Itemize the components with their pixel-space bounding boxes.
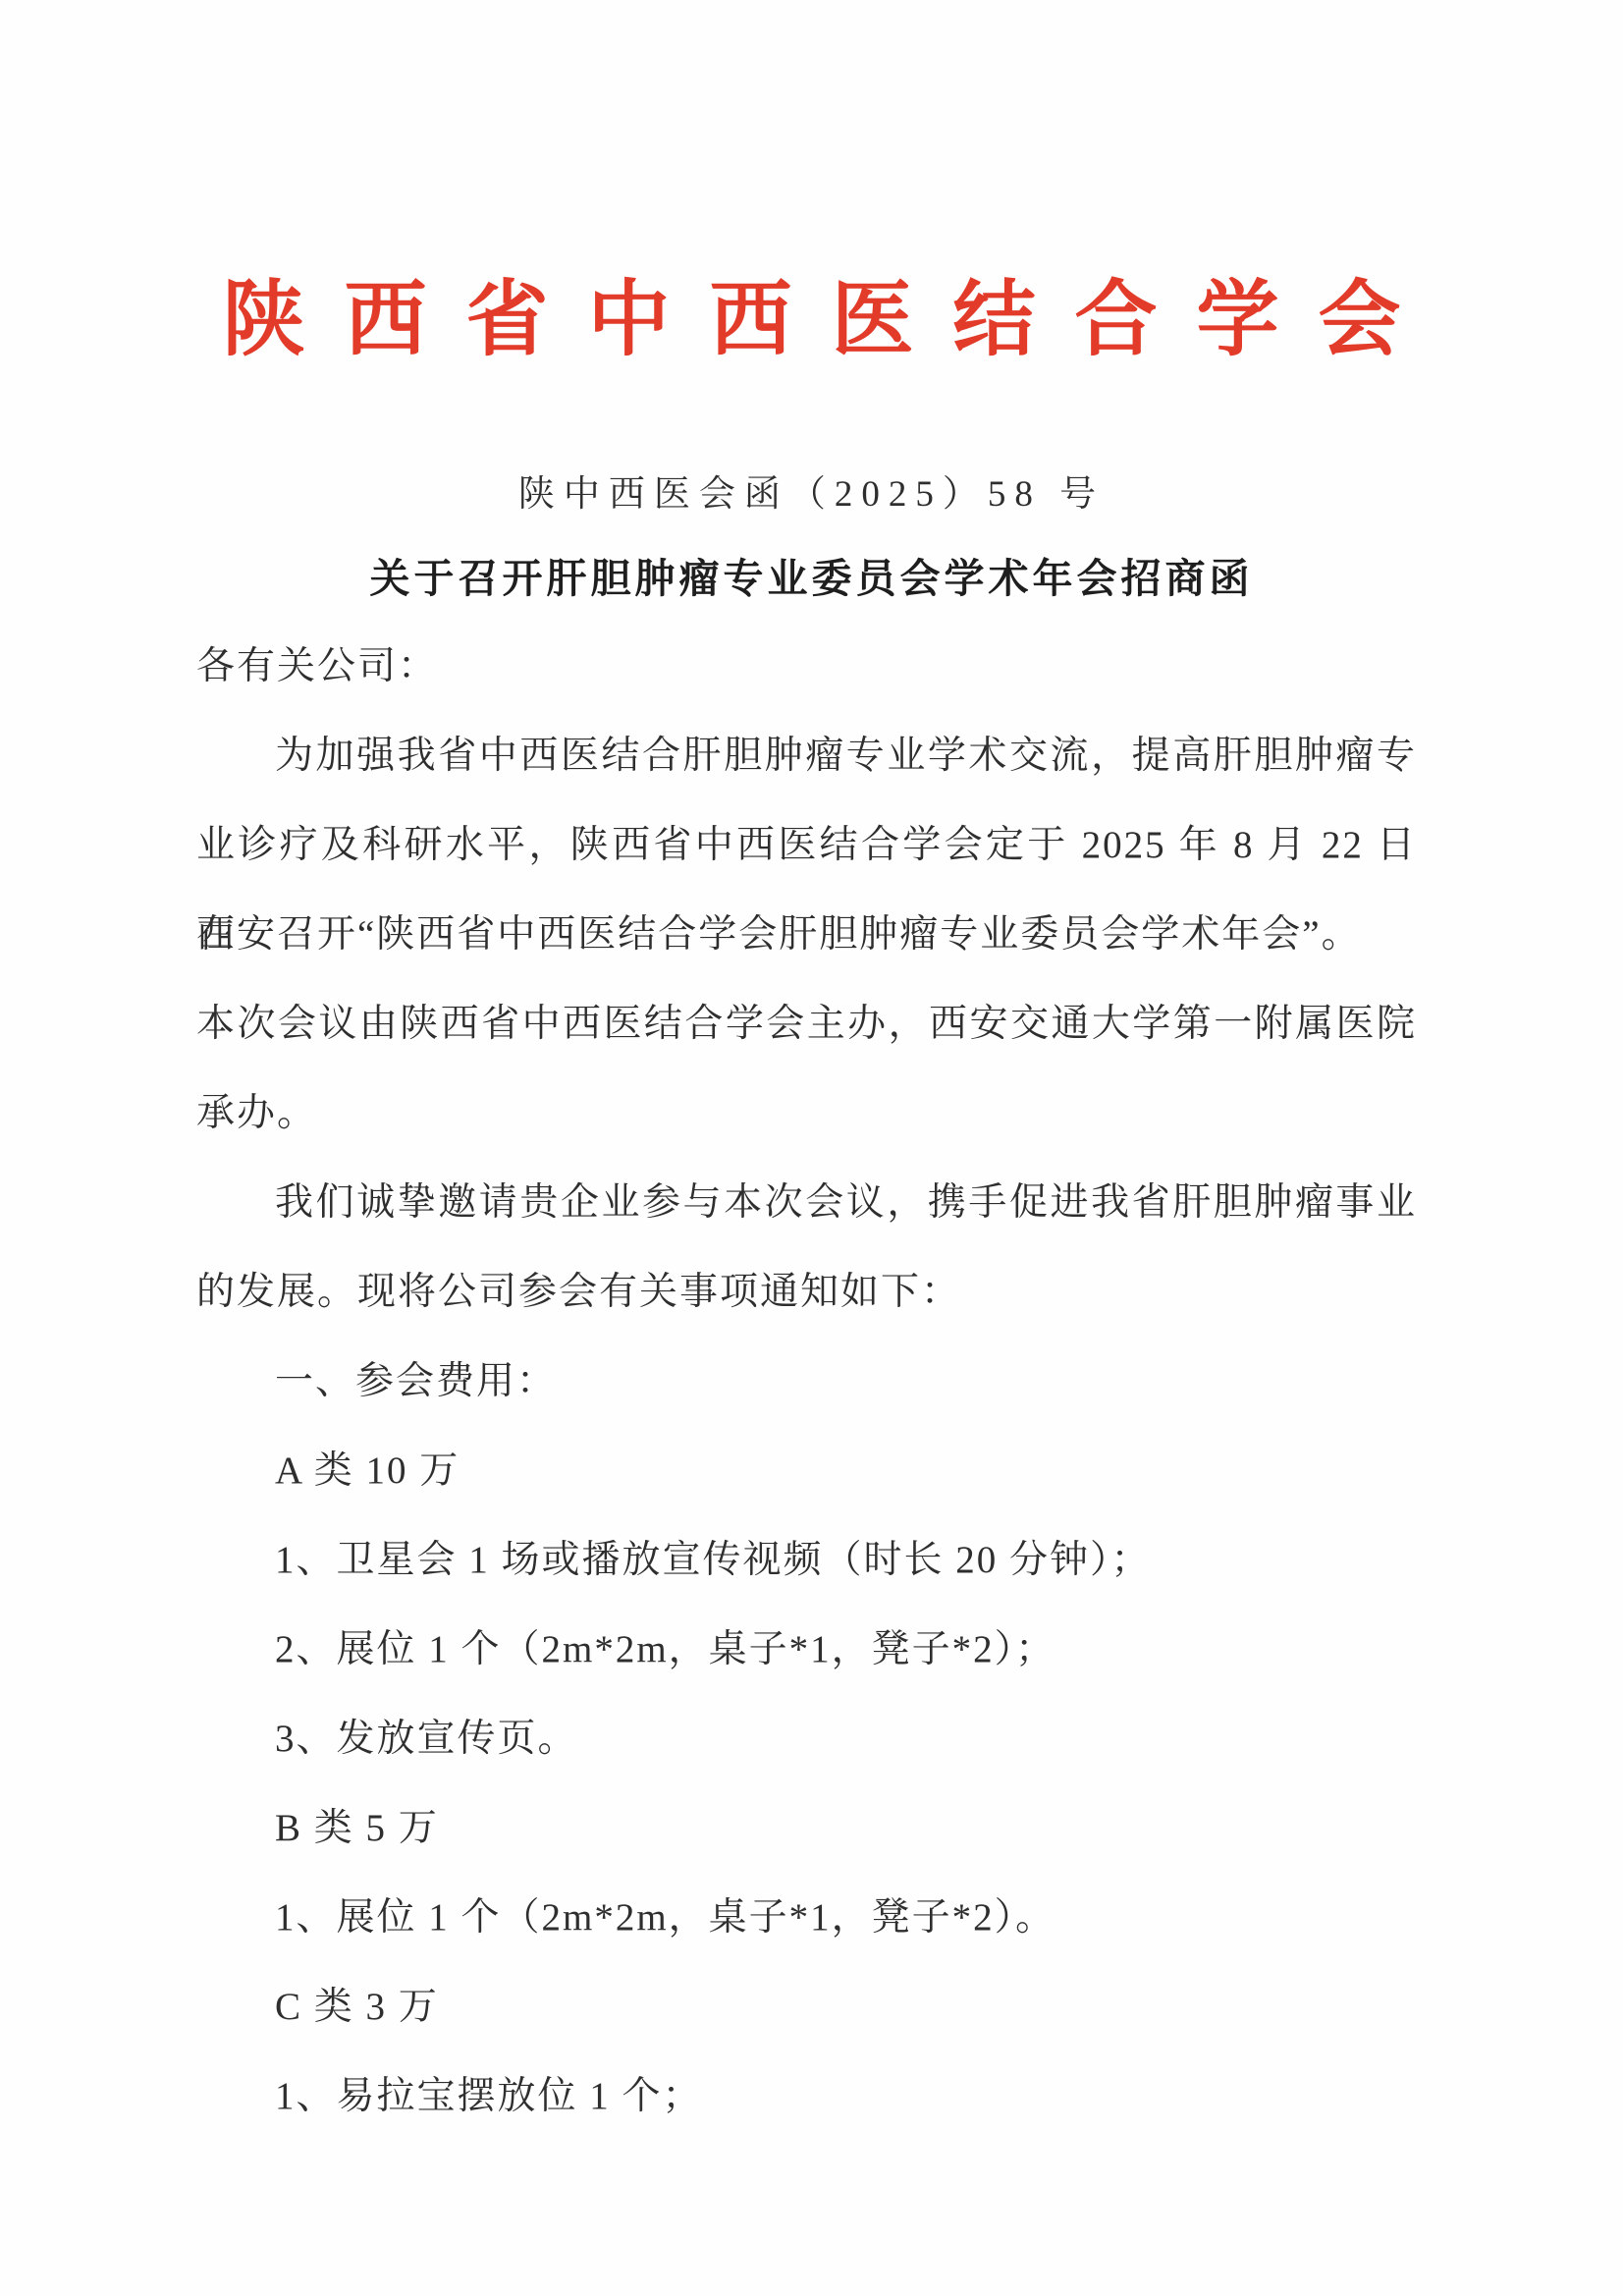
body-line: 各有关公司： (196, 622, 1417, 711)
letterhead-title: 陕西省中西医结合学会 (0, 253, 1623, 372)
doc-number: 陕中西医会函（2025）58 号 (0, 464, 1623, 517)
body-line: 业诊疗及科研水平，陕西省中西医结合学会定于 2025 年 8 月 22 日在 (196, 800, 1417, 890)
body-line: 的发展。现将公司参会有关事项通知如下： (196, 1247, 1417, 1337)
document-page: 陕西省中西医结合学会 陕中西医会函（2025）58 号 关于召开肝胆肿瘤专业委员… (0, 0, 1623, 2296)
body-line: B 类 5 万 (196, 1783, 1417, 1873)
body-line: 1、卫星会 1 场或播放宣传视频（时长 20 分钟）； (196, 1515, 1417, 1605)
subject-title: 关于召开肝胆肿瘤专业委员会学术年会招商函 (0, 546, 1623, 604)
body-line: C 类 3 万 (196, 1962, 1417, 2051)
body-line: 为加强我省中西医结合肝胆肿瘤专业学术交流，提高肝胆肿瘤专 (196, 711, 1417, 800)
body-line: 西安召开“陕西省中西医结合学会肝胆肿瘤专业委员会学术年会”。 (196, 890, 1417, 979)
body-line: 2、展位 1 个（2m*2m，桌子*1，凳子*2）； (196, 1605, 1417, 1694)
body-line: 一、参会费用： (196, 1337, 1417, 1426)
body-line: 3、发放宣传页。 (196, 1694, 1417, 1783)
body-line: 我们诚挚邀请贵企业参与本次会议，携手促进我省肝胆肿瘤事业 (196, 1158, 1417, 1247)
body-line: 1、展位 1 个（2m*2m，桌子*1，凳子*2）。 (196, 1873, 1417, 1962)
body-line: 1、易拉宝摆放位 1 个； (196, 2051, 1417, 2141)
body-line: 本次会议由陕西省中西医结合学会主办，西安交通大学第一附属医院 (196, 979, 1417, 1068)
body-line: 承办。 (196, 1068, 1417, 1158)
body-line: A 类 10 万 (196, 1426, 1417, 1515)
document-body: 各有关公司：为加强我省中西医结合肝胆肿瘤专业学术交流，提高肝胆肿瘤专业诊疗及科研… (196, 622, 1417, 2141)
